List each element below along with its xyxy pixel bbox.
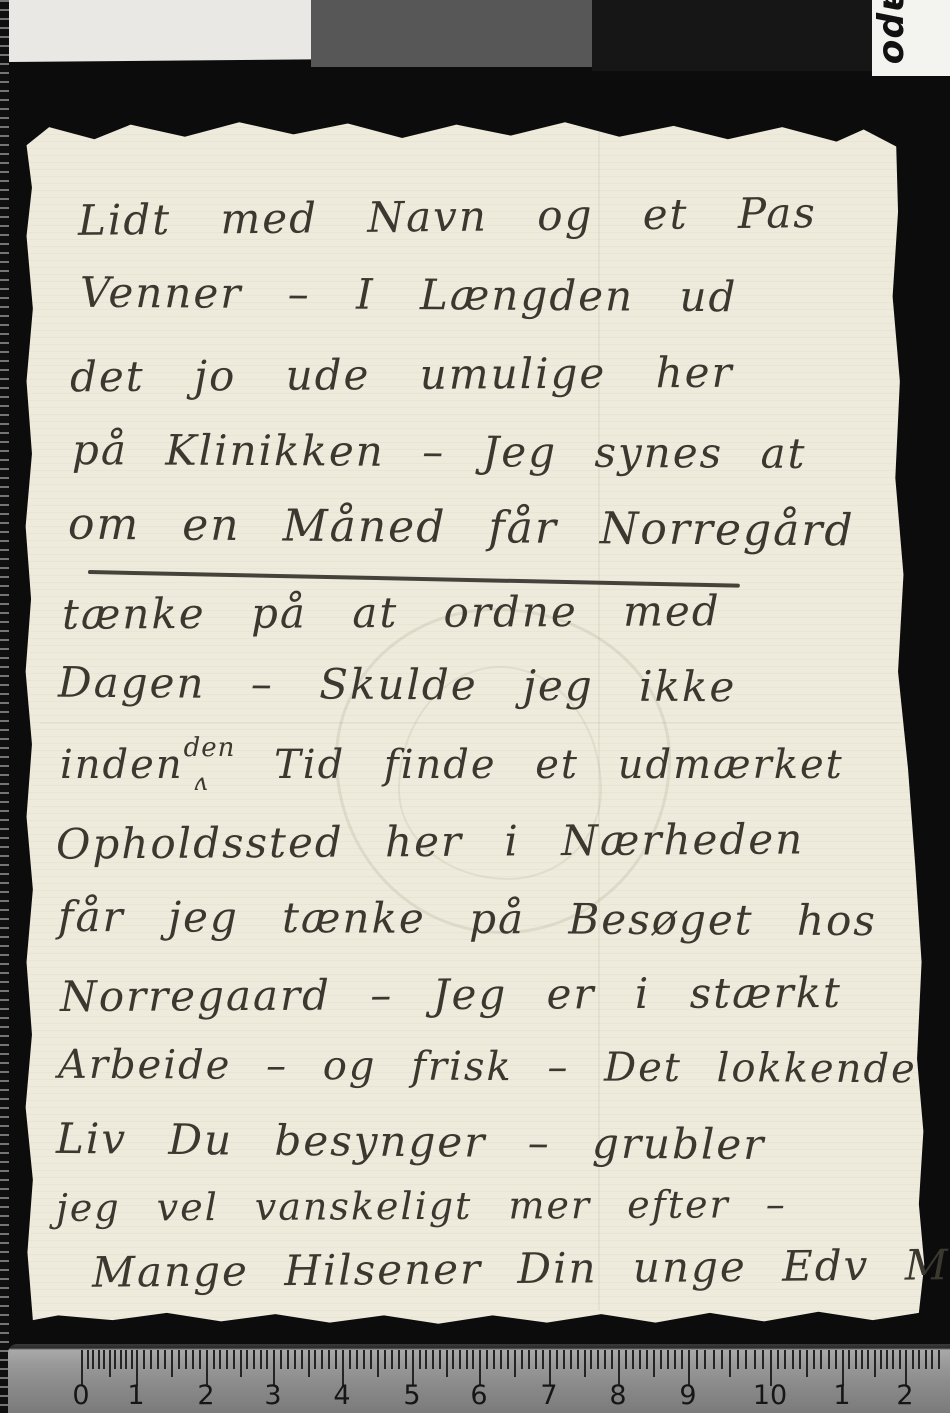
ruler-tick xyxy=(729,1350,731,1377)
ruler-tick xyxy=(103,1350,105,1369)
caret-mark: ʌ xyxy=(194,768,210,796)
ruler-tick xyxy=(335,1350,337,1369)
ruler-tick xyxy=(674,1350,676,1369)
ruler-tick xyxy=(835,1350,837,1369)
ruler-tick xyxy=(446,1350,448,1377)
ruler-tick xyxy=(246,1350,248,1369)
ruler-tick xyxy=(321,1350,323,1369)
handwriting-line-9: Opholdssted her i Nærheden xyxy=(56,814,804,868)
ruler-tick xyxy=(704,1350,706,1369)
ruler-number: 7 xyxy=(540,1380,557,1411)
ruler-tick xyxy=(861,1350,863,1369)
ruler-tick xyxy=(931,1350,933,1369)
ruler-tick xyxy=(493,1350,495,1369)
calibration-gray-bar xyxy=(311,0,592,67)
ruler-tick xyxy=(164,1350,166,1369)
ruler-tick xyxy=(349,1350,351,1369)
ruler-tick xyxy=(472,1350,474,1369)
handwriting-line-3: det jo ude umulige her xyxy=(70,348,734,402)
handwriting-line-15: Mange Hilsener Din unge Edv M xyxy=(92,1240,950,1296)
ruler-tick xyxy=(233,1350,235,1369)
ruler-tick xyxy=(370,1350,372,1369)
calibration-black-bar xyxy=(592,0,872,71)
ruler-tick xyxy=(92,1350,94,1369)
ruler-tick xyxy=(143,1350,145,1369)
ruler: 01234567891012 xyxy=(8,1344,950,1413)
handwriting-line-12: Arbeide – og frisk – Det lokkende xyxy=(58,1042,917,1092)
ruler-tick xyxy=(535,1350,537,1369)
ruler-tick xyxy=(280,1350,282,1369)
ruler-tick xyxy=(363,1350,365,1369)
ruler-tick xyxy=(918,1350,920,1369)
ruler-tick xyxy=(87,1350,89,1369)
ruler-tick xyxy=(653,1350,655,1377)
ruler-tick xyxy=(199,1350,201,1369)
handwriting-line-1: Lidt med Navn og et Pas xyxy=(78,188,817,245)
ruler-tick xyxy=(486,1350,488,1369)
ruler-number: 8 xyxy=(609,1380,626,1411)
ruler-tick xyxy=(260,1350,262,1369)
ruler-tick xyxy=(98,1350,100,1369)
ruler-tick xyxy=(314,1350,316,1369)
ruler-tick xyxy=(880,1350,882,1369)
ruler-tick xyxy=(500,1350,502,1369)
ruler-tick xyxy=(226,1350,228,1369)
ruler-number: 10 xyxy=(753,1380,787,1411)
ruler-tick xyxy=(185,1350,187,1369)
handwriting-line-11: Norregaard – Jeg er i stærkt xyxy=(60,968,842,1021)
ruler-tick xyxy=(266,1350,268,1369)
ruler-tick xyxy=(384,1350,386,1369)
ruler-tick xyxy=(459,1350,461,1369)
ruler-tick xyxy=(125,1350,127,1369)
ruler-number: 3 xyxy=(264,1380,281,1411)
ruler-tick xyxy=(799,1350,801,1369)
inserted-word: den xyxy=(184,733,236,763)
ruler-tick xyxy=(604,1350,606,1369)
ruler-tick xyxy=(114,1350,116,1369)
ruler-tick xyxy=(667,1350,669,1369)
ruler-tick xyxy=(867,1350,869,1369)
ruler-tick xyxy=(681,1350,683,1369)
ruler-tick xyxy=(301,1350,303,1369)
film-edge-strip xyxy=(0,0,9,1413)
ruler-tick xyxy=(150,1350,152,1369)
ruler-tick xyxy=(597,1350,599,1369)
ruler-number: 9 xyxy=(679,1380,696,1411)
ruler-tick xyxy=(563,1350,565,1369)
side-label-text: apo xyxy=(875,0,916,65)
handwriting-line-4: på Klinikken – Jeg synes at xyxy=(72,425,807,478)
ruler-tick xyxy=(528,1350,530,1369)
ruler-tick xyxy=(828,1350,830,1369)
ruler-tick xyxy=(452,1350,454,1369)
ruler-tick xyxy=(737,1350,739,1369)
ruler-tick xyxy=(784,1350,786,1369)
ruler-tick xyxy=(855,1350,857,1369)
handwriting-line-10: får jeg tænke på Besøget hos xyxy=(58,892,877,945)
ruler-tick xyxy=(874,1350,876,1377)
ruler-tick xyxy=(213,1350,215,1369)
ruler-tick xyxy=(777,1350,779,1369)
ruler-tick xyxy=(713,1350,715,1369)
ruler-number: 2 xyxy=(197,1380,214,1411)
ruler-tick xyxy=(253,1350,255,1369)
ruler-tick xyxy=(131,1350,133,1369)
ruler-tick xyxy=(570,1350,572,1369)
ruler-tick xyxy=(432,1350,434,1369)
ruler-number: 1 xyxy=(833,1380,850,1411)
ruler-tick xyxy=(398,1350,400,1369)
ruler-tick xyxy=(820,1350,822,1369)
ruler-tick xyxy=(109,1350,111,1377)
handwriting-line-7: Dagen – Skulde jeg ikke xyxy=(58,658,737,712)
ruler-tick xyxy=(848,1350,850,1369)
ruler-tick xyxy=(356,1350,358,1369)
ruler-tick xyxy=(590,1350,592,1369)
ruler-tick xyxy=(192,1350,194,1369)
ruler-tick xyxy=(377,1350,379,1377)
ruler-tick xyxy=(120,1350,122,1369)
ruler-tick xyxy=(639,1350,641,1369)
ruler-tick xyxy=(577,1350,579,1369)
ruler-number: 6 xyxy=(470,1380,487,1411)
ruler-tick xyxy=(792,1350,794,1369)
ruler-number: 2 xyxy=(896,1380,913,1411)
ruler-tick xyxy=(646,1350,648,1369)
handwriting-line-5: om en Måned får Norregård xyxy=(68,499,855,557)
ruler-tick xyxy=(171,1350,173,1377)
line8-after: Tid finde et udmærket xyxy=(274,742,844,788)
handwriting-line-13: Liv Du besynger – grubler xyxy=(56,1114,766,1169)
handwriting-line-8: indendenʌ Tid finde et udmærket xyxy=(60,742,844,788)
ruler-tick xyxy=(625,1350,627,1369)
handwriting-line-6: tænke på at ordne med xyxy=(62,586,721,638)
ruler-tick xyxy=(308,1350,310,1377)
line8-before: inden xyxy=(60,742,184,788)
ruler-tick xyxy=(425,1350,427,1369)
ruler-tick xyxy=(419,1350,421,1369)
ruler-tick xyxy=(745,1350,747,1369)
ruler-tick xyxy=(405,1350,407,1369)
ruler-number: 1 xyxy=(127,1380,144,1411)
ruler-number: 0 xyxy=(72,1380,89,1411)
ruler-tick xyxy=(813,1350,815,1369)
ruler-tick xyxy=(514,1350,516,1377)
ruler-tick xyxy=(584,1350,586,1377)
ruler-tick xyxy=(762,1350,764,1369)
handwriting-line-2: Venner – I Længden ud xyxy=(80,268,738,322)
ruler-tick xyxy=(696,1350,698,1369)
ruler-tick xyxy=(892,1350,894,1369)
ruler-tick xyxy=(912,1350,914,1369)
ruler-tick xyxy=(611,1350,613,1369)
ruler-tick xyxy=(806,1350,808,1377)
ruler-tick xyxy=(632,1350,634,1369)
ruler-number: 4 xyxy=(333,1380,350,1411)
ruler-tick xyxy=(925,1350,927,1369)
ruler-tick xyxy=(287,1350,289,1369)
ruler-tick xyxy=(721,1350,723,1369)
ruler-tick xyxy=(178,1350,180,1369)
paper-crease-horizontal xyxy=(40,722,900,724)
ruler-number: 5 xyxy=(403,1380,420,1411)
calibration-white-bar xyxy=(9,0,311,62)
ruler-tick xyxy=(391,1350,393,1369)
ruler-tick xyxy=(754,1350,756,1369)
ruler-tick xyxy=(938,1350,940,1369)
inserted-word-stack: denʌ xyxy=(184,742,236,788)
ruler-tick xyxy=(899,1350,901,1369)
ruler-tick xyxy=(521,1350,523,1369)
ruler-tick xyxy=(328,1350,330,1369)
ruler-tick xyxy=(886,1350,888,1369)
handwriting-line-14: jeg vel vanskeligt mer efter – xyxy=(56,1182,787,1230)
ruler-tick xyxy=(219,1350,221,1369)
ruler-tick xyxy=(240,1350,242,1377)
side-label-strip: apo xyxy=(872,0,950,76)
ruler-tick xyxy=(542,1350,544,1369)
ruler-tick xyxy=(660,1350,662,1369)
ruler-tick xyxy=(294,1350,296,1369)
ruler-tick xyxy=(466,1350,468,1369)
ruler-tick xyxy=(439,1350,441,1369)
ruler-tick xyxy=(556,1350,558,1369)
ruler-tick xyxy=(507,1350,509,1369)
ruler-tick xyxy=(157,1350,159,1369)
